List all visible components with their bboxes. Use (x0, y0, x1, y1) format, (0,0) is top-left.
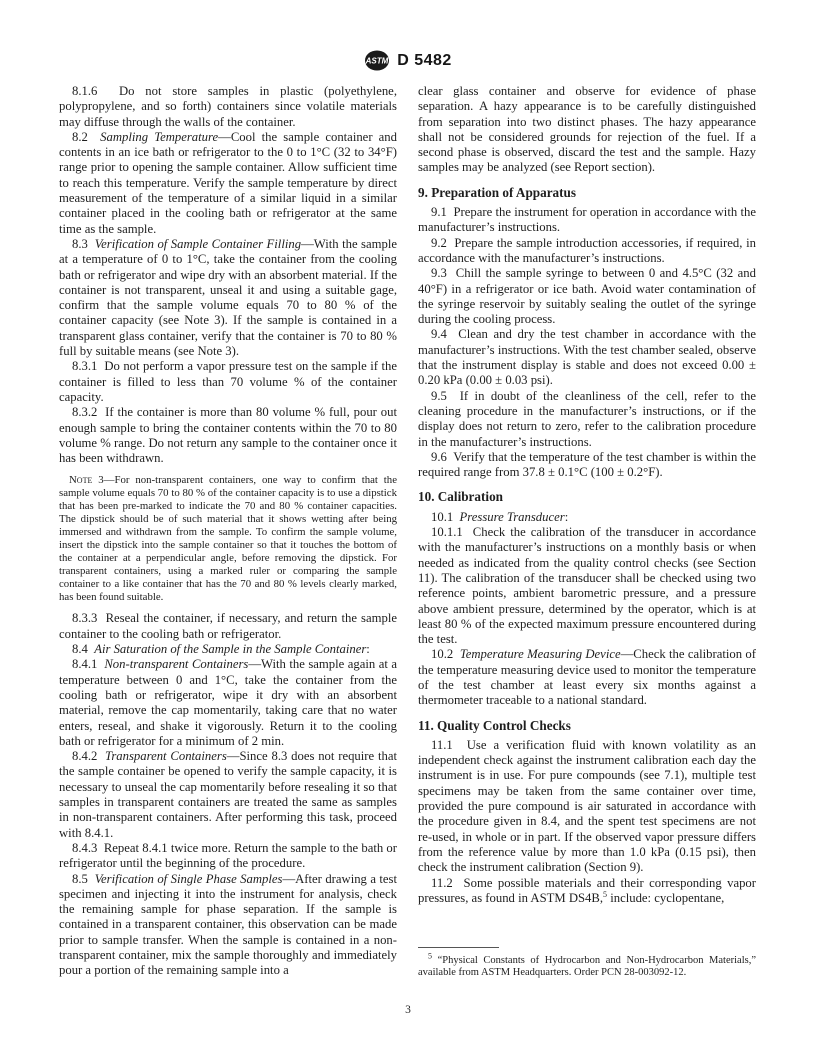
right-column: clear glass container and observe for ev… (418, 84, 756, 980)
para-text: If the container is more than 80 volume … (59, 405, 397, 465)
para-num: 9.3 (431, 266, 456, 280)
para-num: 9.4 (431, 327, 458, 341)
paragraph-8-4-3: 8.4.3Repeat 8.4.1 twice more. Return the… (59, 841, 397, 872)
paragraph-8-3-1: 8.3.1Do not perform a vapor pressure tes… (59, 359, 397, 405)
para-text: —After drawing a test specimen and injec… (59, 872, 397, 978)
para-text: Reseal the container, if necessary, and … (59, 611, 397, 640)
note-label: Note 3 (69, 474, 104, 486)
paragraph-10-1: 10.1Pressure Transducer: (418, 510, 756, 525)
para-title: Sampling Temperature (100, 130, 218, 144)
paragraph-8-2: 8.2Sampling Temperature—Cool the sample … (59, 130, 397, 237)
paragraph-8-3: 8.3Verification of Sample Container Fill… (59, 237, 397, 359)
para-num: 8.4.3 (72, 841, 104, 855)
para-title: Air Saturation of the Sample in the Samp… (94, 642, 366, 656)
para-title: Verification of Single Phase Samples (95, 872, 283, 886)
para-text: clear glass container and observe for ev… (418, 84, 756, 174)
paragraph-10-1-1: 10.1.1Check the calibration of the trans… (418, 525, 756, 647)
para-num: 8.4.1 (72, 657, 104, 671)
paragraph-8-4: 8.4Air Saturation of the Sample in the S… (59, 642, 397, 657)
para-text: —Cool the sample container and contents … (59, 130, 397, 236)
page-number: 3 (0, 1004, 816, 1016)
para-num: 9.6 (431, 450, 453, 464)
para-text: Do not perform a vapor pressure test on … (59, 359, 397, 404)
footnote-body: “Physical Constants of Hydrocarbon and N… (418, 955, 756, 979)
para-text: include: cyclopentane, (607, 891, 724, 905)
footnote: 5 “Physical Constants of Hydrocarbon and… (418, 947, 756, 980)
document-code: D 5482 (397, 52, 452, 70)
para-num: 11.1 (431, 738, 467, 752)
para-title: Pressure Transducer (460, 510, 565, 524)
para-text: Verify that the temperature of the test … (418, 450, 756, 479)
para-text: Check the calibration of the transducer … (418, 525, 756, 646)
para-num: 8.3.2 (72, 405, 105, 419)
paragraph-8-5-continued: clear glass container and observe for ev… (418, 84, 756, 176)
para-title: Temperature Measuring Device (460, 647, 621, 661)
footnote-divider (418, 947, 499, 948)
paragraph-8-3-2: 8.3.2If the container is more than 80 vo… (59, 405, 397, 466)
para-num: 8.5 (72, 872, 95, 886)
footnote-text: 5 “Physical Constants of Hydrocarbon and… (418, 955, 756, 980)
para-text: Prepare the sample introduction accessor… (418, 236, 756, 265)
para-num: 9.1 (431, 205, 453, 219)
para-num: 10.1.1 (431, 525, 473, 539)
note-3: Note 3—For non-transparent containers, o… (59, 474, 397, 603)
para-num: 9.2 (431, 236, 454, 250)
section-heading-10: 10. Calibration (418, 489, 756, 504)
section-heading-9: 9. Preparation of Apparatus (418, 185, 756, 200)
section-heading-11: 11. Quality Control Checks (418, 718, 756, 733)
svg-text:ASTM: ASTM (365, 57, 389, 66)
para-num: 10.2 (431, 647, 460, 661)
paragraph-8-4-2: 8.4.2Transparent Containers—Since 8.3 do… (59, 749, 397, 841)
note-text: —For non-transparent containers, one way… (59, 474, 397, 602)
para-num: 9.5 (431, 389, 460, 403)
paragraph-9-3: 9.3Chill the sample syringe to between 0… (418, 266, 756, 327)
paragraph-10-2: 10.2Temperature Measuring Device—Check t… (418, 647, 756, 708)
para-num: 8.4 (72, 642, 94, 656)
paragraph-8-5: 8.5Verification of Single Phase Samples—… (59, 872, 397, 979)
para-text: Use a verification fluid with known vola… (418, 738, 756, 874)
para-text: Prepare the instrument for operation in … (418, 205, 756, 234)
para-title: Transparent Containers (105, 749, 227, 763)
paragraph-8-4-1: 8.4.1Non-transparent Containers—With the… (59, 657, 397, 749)
para-num: 8.3 (72, 237, 95, 251)
paragraph-11-2: 11.2Some possible materials and their co… (418, 876, 756, 907)
para-text: If in doubt of the cleanliness of the ce… (418, 389, 756, 449)
para-title: Verification of Sample Container Filling (95, 237, 301, 251)
para-text: : (565, 510, 569, 524)
left-column: 8.1.6Do not store samples in plastic (po… (59, 84, 397, 980)
paragraph-9-6: 9.6Verify that the temperature of the te… (418, 450, 756, 481)
para-num: 10.1 (431, 510, 460, 524)
paragraph-9-1: 9.1Prepare the instrument for operation … (418, 205, 756, 236)
para-text: —With the sample at a temperature of 0 t… (59, 237, 397, 358)
para-num: 11.2 (431, 876, 464, 890)
para-num: 8.4.2 (72, 749, 105, 763)
two-column-body: 8.1.6Do not store samples in plastic (po… (59, 84, 756, 980)
paragraph-8-3-3: 8.3.3Reseal the container, if necessary,… (59, 611, 397, 642)
para-text: Clean and dry the test chamber in accord… (418, 327, 756, 387)
paragraph-11-1: 11.1Use a verification fluid with known … (418, 738, 756, 876)
paragraph-9-2: 9.2Prepare the sample introduction acces… (418, 236, 756, 267)
para-num: 8.2 (72, 130, 100, 144)
para-num: 8.3.3 (72, 611, 106, 625)
astm-logo-icon: ASTM (364, 50, 390, 71)
paragraph-9-5: 9.5If in doubt of the cleanliness of the… (418, 389, 756, 450)
para-text: : (366, 642, 370, 656)
document-page: ASTM D 5482 8.1.6Do not store samples in… (0, 0, 816, 1056)
paragraph-8-1-6: 8.1.6Do not store samples in plastic (po… (59, 84, 397, 130)
para-text: Repeat 8.4.1 twice more. Return the samp… (59, 841, 397, 870)
paragraph-9-4: 9.4Clean and dry the test chamber in acc… (418, 327, 756, 388)
para-text: Chill the sample syringe to between 0 an… (418, 266, 756, 326)
para-num: 8.3.1 (72, 359, 104, 373)
document-header: ASTM D 5482 (0, 50, 816, 71)
para-title: Non-transparent Containers (104, 657, 248, 671)
para-num: 8.1.6 (72, 84, 119, 98)
